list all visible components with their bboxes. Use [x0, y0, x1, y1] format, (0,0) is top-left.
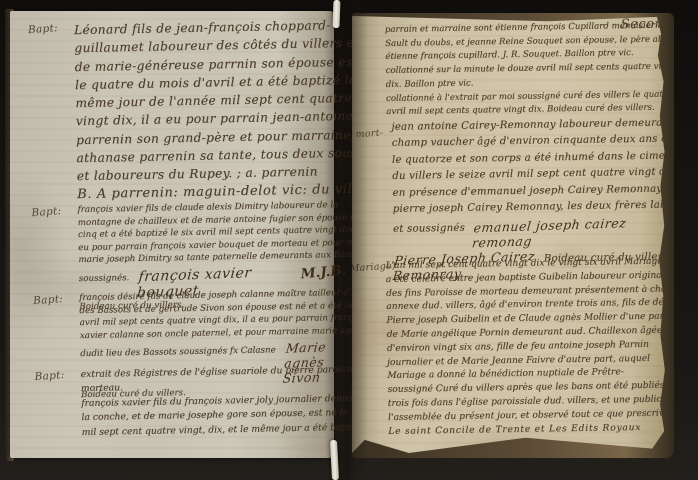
manuscript-line: dudit lieu des Bassots soussignés fx Cal…: [80, 344, 276, 360]
signature-initials: M.J.B.: [300, 262, 347, 282]
right-page: Seconde 44 parrain et marraine sont étie…: [352, 16, 668, 453]
manuscript-photo: Bapt: Léonard fils de jean-françois chop…: [0, 0, 698, 480]
left-page-text: Bapt: Léonard fils de jean-françois chop…: [10, 5, 343, 458]
right-page-text: Seconde 44 parrain et marraine sont étie…: [352, 12, 675, 454]
left-page: Bapt: Léonard fils de jean-françois chop…: [10, 11, 334, 458]
manuscript-line: et soussignés: [393, 221, 465, 239]
baptism-entry-1: Bapt: Léonard fils de jean-françois chop…: [74, 16, 345, 204]
margin-label-baptism-1: Bapt:: [28, 21, 75, 36]
margin-label-death: mort-: [355, 127, 394, 141]
binding-thread-top: [333, 0, 341, 28]
margin-label-baptism-4: Bapt:: [34, 368, 81, 383]
margin-label-baptism-3: Bapt:: [33, 292, 80, 307]
collation-entry: Seconde 44 parrain et marraine sont étie…: [385, 20, 666, 120]
marriage-entry: Mariage) L'an mil sept cent quatre vingt…: [386, 255, 675, 439]
margin-label-baptism-2: Bapt:: [31, 204, 78, 219]
baptism-entry-4: Bapt: extrait des Régistres de l'église …: [80, 363, 349, 440]
signature-row: et soussignés emanuel joseph cairez remo…: [393, 216, 671, 250]
margin-label-marriage: Mariage): [349, 261, 388, 275]
struck-page-number: 44: [686, 11, 698, 33]
manuscript-line: soussignés.: [79, 272, 130, 285]
signature-emanuel-cairez: emanuel joseph cairez remonag: [471, 214, 673, 251]
